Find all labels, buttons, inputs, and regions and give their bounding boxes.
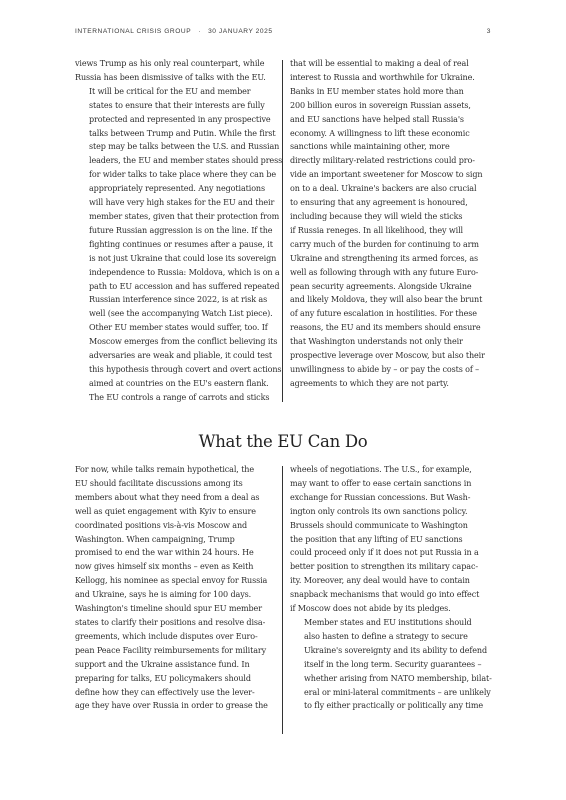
paragraph: that will be essential to making a deal …	[290, 57, 491, 391]
section-heading: What the EU Can Do	[0, 432, 566, 451]
text-line: carry much of the burden for continuing …	[290, 238, 491, 252]
text-line: sanctions while maintaining other, more	[290, 140, 491, 154]
top-left-column: views Trump as his only real counterpart…	[75, 57, 276, 405]
text-line: eral or mini-lateral commitments – are u…	[290, 686, 491, 700]
text-line: Washington's timeline should spur EU mem…	[75, 602, 276, 616]
text-line: could proceed only if it does not put Ru…	[290, 546, 491, 560]
paragraph: The EU controls a range of carrots and s…	[75, 391, 276, 405]
text-line: well as quiet engagement with Kyiv to en…	[75, 505, 276, 519]
text-line: Russia has been dismissive of talks with…	[75, 71, 276, 85]
text-line: whether arising from NATO membership, bi…	[290, 672, 491, 686]
publisher-name: INTERNATIONAL CRISIS GROUP	[75, 28, 191, 35]
text-line: and likely Moldova, they will also bear …	[290, 293, 491, 307]
text-line: members about what they need from a deal…	[75, 491, 276, 505]
text-line: interest to Russia and worthwhile for Uk…	[290, 71, 491, 85]
text-line: For now, while talks remain hypothetical…	[75, 463, 276, 477]
paragraph: views Trump as his only real counterpart…	[75, 57, 276, 85]
text-line: will have very high stakes for the EU an…	[75, 196, 276, 210]
paragraph: For now, while talks remain hypothetical…	[75, 463, 276, 713]
text-line: pean Peace Facility reimbursements for m…	[75, 644, 276, 658]
text-line: well as following through with any futur…	[290, 266, 491, 280]
text-line: if Russia reneges. In all likelihood, th…	[290, 224, 491, 238]
text-line: leaders, the EU and member states should…	[75, 154, 276, 168]
text-line: 200 billion euros in sovereign Russian a…	[290, 99, 491, 113]
text-line: exchange for Russian concessions. But Wa…	[290, 491, 491, 505]
text-line: economy. A willingness to lift these eco…	[290, 127, 491, 141]
text-line: fighting continues or resumes after a pa…	[75, 238, 276, 252]
text-line: greements, which include disputes over E…	[75, 630, 276, 644]
text-line: better position to strengthen its milita…	[290, 560, 491, 574]
text-line: Other EU member states would suffer, too…	[75, 321, 276, 335]
text-line: Member states and EU institutions should	[290, 616, 491, 630]
text-line: Russian interference since 2022, is at r…	[75, 293, 276, 307]
text-line: pean security agreements. Alongside Ukra…	[290, 280, 491, 294]
text-line: Banks in EU member states hold more than	[290, 85, 491, 99]
text-line: that Washington understands not only the…	[290, 335, 491, 349]
text-line: that will be essential to making a deal …	[290, 57, 491, 71]
text-line: appropriately represented. Any negotiati…	[75, 182, 276, 196]
running-header: INTERNATIONAL CRISIS GROUP · 30 JANUARY …	[75, 28, 491, 35]
text-line: to ensuring that any agreement is honour…	[290, 196, 491, 210]
text-line: reasons, the EU and its members should e…	[290, 321, 491, 335]
text-line: define how they can effectively use the …	[75, 686, 276, 700]
bottom-right-column: wheels of negotiations. The U.S., for ex…	[290, 463, 491, 713]
text-line: unwillingness to abide by – or pay the c…	[290, 363, 491, 377]
text-line: protected and represented in any prospec…	[75, 113, 276, 127]
text-line: It will be critical for the EU and membe…	[75, 85, 276, 99]
text-line: talks between Trump and Putin. While the…	[75, 127, 276, 141]
text-line: and EU sanctions have helped stall Russi…	[290, 113, 491, 127]
text-line: Ukraine's sovereignty and its ability to…	[290, 644, 491, 658]
text-line: may want to offer to ease certain sancti…	[290, 477, 491, 491]
text-line: well (see the accompanying Watch List pi…	[75, 307, 276, 321]
header-publisher-date: INTERNATIONAL CRISIS GROUP · 30 JANUARY …	[75, 28, 273, 35]
text-line: on to a deal. Ukraine's backers are also…	[290, 182, 491, 196]
text-line: Moscow emerges from the conflict believi…	[75, 335, 276, 349]
text-line: ington only controls its own sanctions p…	[290, 505, 491, 519]
paragraph: It will be critical for the EU and membe…	[75, 85, 276, 391]
text-line: adversaries are weak and pliable, it cou…	[75, 349, 276, 363]
text-line: promised to end the war within 24 hours.…	[75, 546, 276, 560]
paragraph: wheels of negotiations. The U.S., for ex…	[290, 463, 491, 616]
text-line: Kellogg, his nominee as special envoy fo…	[75, 574, 276, 588]
text-line: itself in the long term. Security guaran…	[290, 658, 491, 672]
text-line: support and the Ukraine assistance fund.…	[75, 658, 276, 672]
paragraph: Member states and EU institutions should…	[290, 616, 491, 713]
text-line: member states, given that their protecti…	[75, 210, 276, 224]
text-line: the position that any lifting of EU sanc…	[290, 533, 491, 547]
text-line: snapback mechanisms that would go into e…	[290, 588, 491, 602]
text-line: path to EU accession and has suffered re…	[75, 280, 276, 294]
text-line: vide an important sweetener for Moscow t…	[290, 168, 491, 182]
text-line: Ukraine and strengthening its armed forc…	[290, 252, 491, 266]
text-line: Brussels should communicate to Washingto…	[290, 519, 491, 533]
text-line: EU should facilitate discussions among i…	[75, 477, 276, 491]
text-line: independence to Russia: Moldova, which i…	[75, 266, 276, 280]
text-line: views Trump as his only real counterpart…	[75, 57, 276, 71]
text-line: Washington. When campaigning, Trump	[75, 533, 276, 547]
text-line: coordinated positions vis-à-vis Moscow a…	[75, 519, 276, 533]
text-line: step may be talks between the U.S. and R…	[75, 140, 276, 154]
text-line: directly military-related restrictions c…	[290, 154, 491, 168]
top-section-columns: views Trump as his only real counterpart…	[75, 57, 491, 405]
text-line: of any future escalation in hostilities.…	[290, 307, 491, 321]
publication-date: 30 JANUARY 2025	[208, 28, 272, 35]
text-line: age they have over Russia in order to gr…	[75, 699, 276, 713]
column-divider	[282, 60, 283, 402]
text-line: and Ukraine, says he is aiming for 100 d…	[75, 588, 276, 602]
text-line: including because they will wield the st…	[290, 210, 491, 224]
text-line: is not just Ukraine that could lose its …	[75, 252, 276, 266]
bottom-section-columns: For now, while talks remain hypothetical…	[75, 463, 491, 713]
header-separator: ·	[193, 28, 205, 35]
text-line: future Russian aggression is on the line…	[75, 224, 276, 238]
text-line: preparing for talks, EU policymakers sho…	[75, 672, 276, 686]
top-right-column: that will be essential to making a deal …	[290, 57, 491, 405]
text-line: The EU controls a range of carrots and s…	[75, 391, 276, 405]
text-line: ity. Moreover, any deal would have to co…	[290, 574, 491, 588]
text-line: agreements to which they are not party.	[290, 377, 491, 391]
text-line: states to clarify their positions and re…	[75, 616, 276, 630]
text-line: aimed at countries on the EU's eastern f…	[75, 377, 276, 391]
text-line: also hasten to define a strategy to secu…	[290, 630, 491, 644]
text-line: this hypothesis through covert and overt…	[75, 363, 276, 377]
text-line: to fly either practically or politically…	[290, 699, 491, 713]
text-line: for wider talks to take place where they…	[75, 168, 276, 182]
text-line: if Moscow does not abide by its pledges.	[290, 602, 491, 616]
bottom-left-column: For now, while talks remain hypothetical…	[75, 463, 276, 713]
text-line: prospective leverage over Moscow, but al…	[290, 349, 491, 363]
column-divider	[282, 466, 283, 734]
text-line: now gives himself six months – even as K…	[75, 560, 276, 574]
text-line: wheels of negotiations. The U.S., for ex…	[290, 463, 491, 477]
page-number: 3	[487, 28, 491, 35]
text-line: states to ensure that their interests ar…	[75, 99, 276, 113]
